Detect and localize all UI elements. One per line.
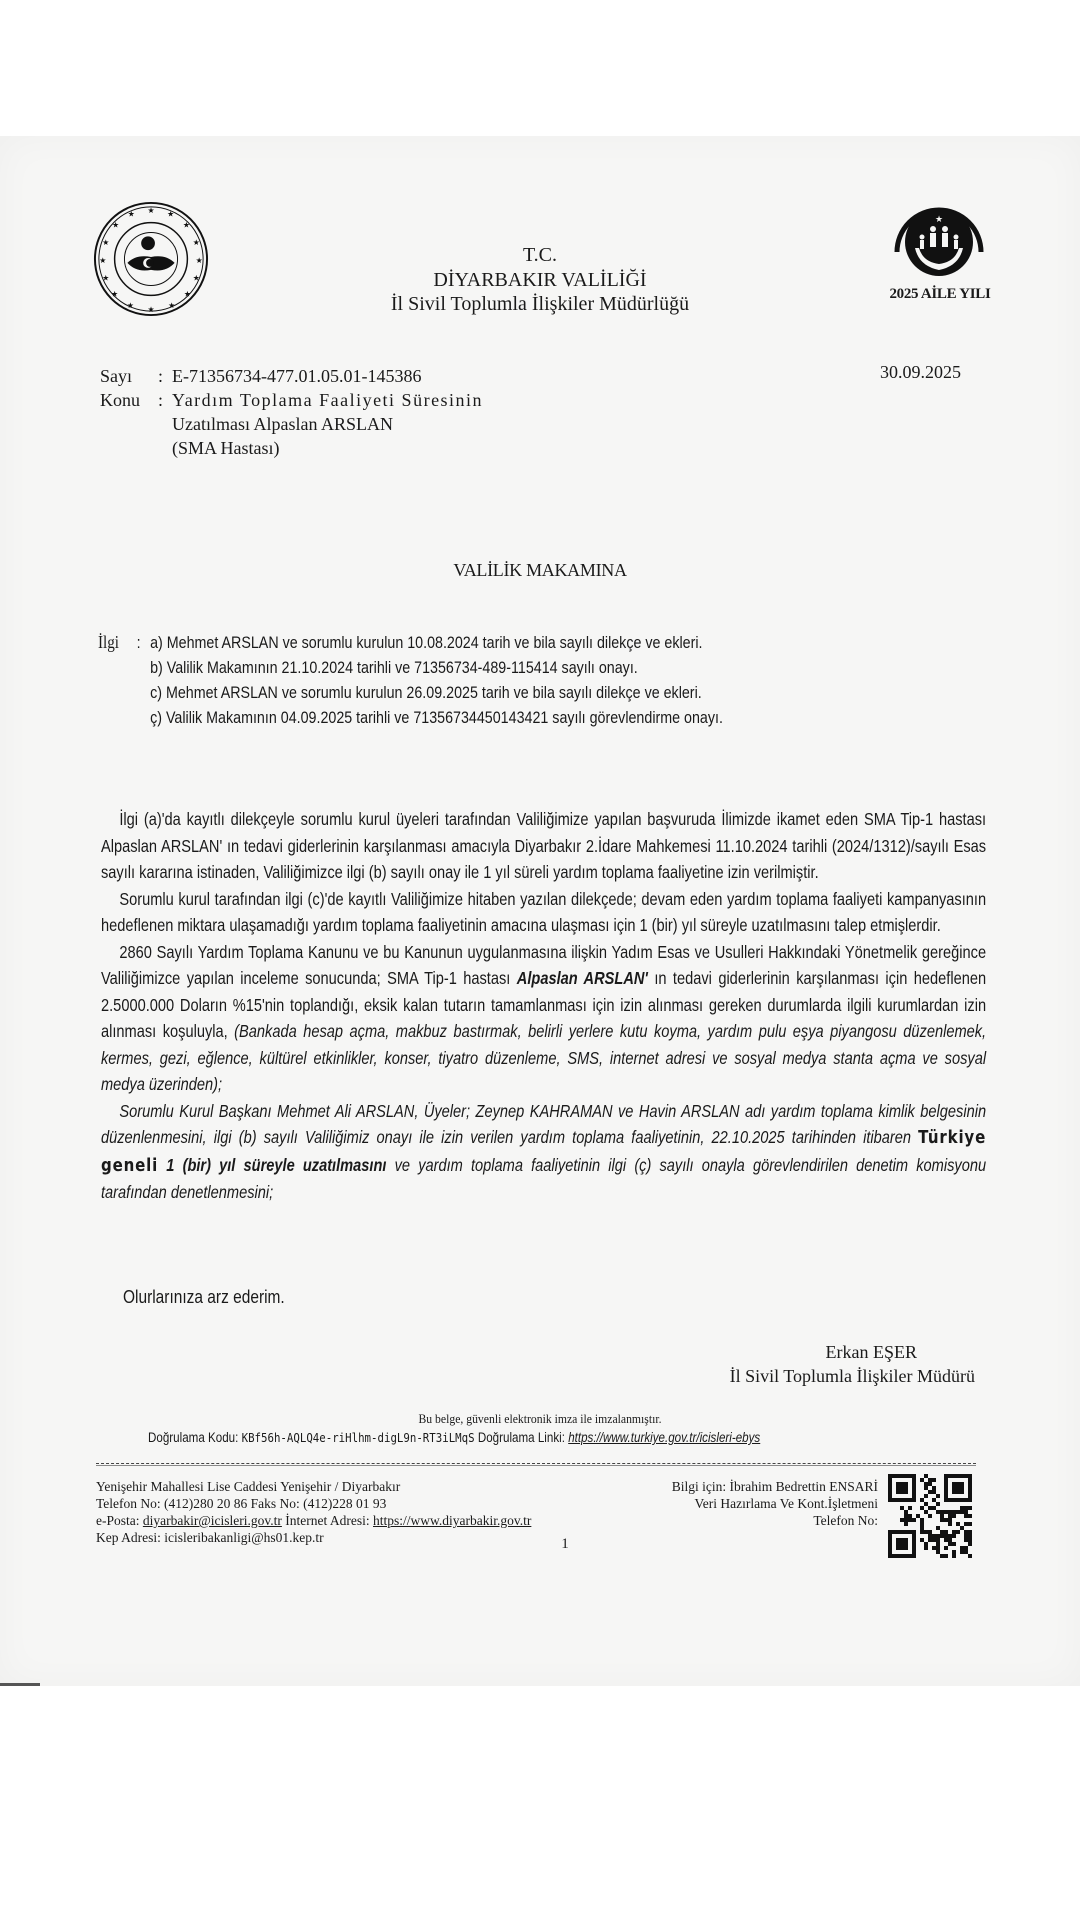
ilgi-item-a: a) Mehmet ARSLAN ve sorumlu kurulun 10.0… — [150, 630, 702, 655]
ilgi-section: İlgi : a) Mehmet ARSLAN ve sorumlu kurul… — [98, 630, 1005, 730]
footer-phone: Telefon No: (412)280 20 86 Faks No: (412… — [96, 1495, 531, 1512]
svg-text:★: ★ — [196, 256, 203, 265]
p4-text-a: Sorumlu Kurul Başkanı Mehmet Ali ARSLAN,… — [101, 1101, 986, 1148]
esign-note: Bu belge, güvenli elektronik imza ile im… — [54, 1411, 1026, 1427]
info-contact-role: Veri Hazırlama Ve Kont.İşletmeni — [620, 1495, 878, 1512]
konu-line-2: Uzatılması Alpaslan ARSLAN — [100, 412, 483, 436]
colon: : — [158, 388, 172, 412]
email-label: e-Posta: — [96, 1513, 140, 1528]
svg-text:★: ★ — [935, 215, 943, 225]
ilgi-item-c: c) Mehmet ARSLAN ve sorumlu kurulun 26.0… — [98, 680, 1005, 705]
ministry-seal-icon: ★ ★ ★ ★ ★ ★ ★ ★ ★ ★ ★ ★ ★ ★ ★ ★ — [92, 200, 210, 318]
header-tc: T.C. — [340, 244, 740, 267]
verification-code: KBf56h-AQLQ4e-riHlhm-digL9n-RT3iLMqS — [242, 1430, 475, 1445]
svg-text:★: ★ — [147, 305, 154, 314]
konu-label: Konu — [100, 388, 158, 412]
footer-info: Bilgi için: İbrahim Bedrettin ENSARİ Ver… — [620, 1478, 878, 1529]
p3-activities: (Bankada hesap açma, makbuz bastırmak, b… — [101, 1021, 986, 1094]
signer-name: Erkan EŞER — [680, 1340, 975, 1364]
p4-duration: 1 (bir) yıl süreyle uzatılmasını — [158, 1155, 386, 1175]
sayi-label: Sayı — [100, 364, 158, 388]
svg-text:★: ★ — [111, 289, 118, 298]
paragraph-3: 2860 Sayılı Yardım Toplama Kanunu ve bu … — [101, 939, 986, 1098]
svg-text:★: ★ — [128, 210, 135, 219]
paragraph-1: İlgi (a)'da kayıtlı dilekçeyle sorumlu k… — [101, 806, 986, 886]
header-valilik: DİYARBAKIR VALİLİĞİ — [340, 269, 740, 292]
letter-body: İlgi (a)'da kayıtlı dilekçeyle sorumlu k… — [101, 806, 986, 1206]
aile-yili-caption: 2025 AİLE YILI — [870, 286, 1010, 303]
svg-text:★: ★ — [127, 301, 134, 310]
svg-text:★: ★ — [168, 301, 175, 310]
footer-address: Yenişehir Mahallesi Lise Caddesi Yenişeh… — [96, 1478, 531, 1495]
header-mudurluk: İl Sivil Toplumla İlişkiler Müdürlüğü — [340, 293, 740, 316]
sayi-value: E-71356734-477.01.05.01-145386 — [172, 364, 421, 388]
footer-divider-2 — [96, 1465, 976, 1466]
info-contact-name: Bilgi için: İbrahim Bedrettin ENSARİ — [620, 1478, 878, 1495]
konu-line-1: Yardım Toplama Faaliyeti Süresinin — [172, 388, 483, 412]
p3-patient-name: Alpaslan ARSLAN' — [517, 968, 648, 988]
ilgi-item-cc: ç) Valilik Makamının 04.09.2025 tarihli … — [98, 705, 1005, 730]
closing-text: Olurlarınıza arz ederim. — [123, 1287, 285, 1308]
svg-text:★: ★ — [183, 221, 190, 230]
signer-title: İl Sivil Toplumla İlişkiler Müdürü — [680, 1364, 975, 1388]
web-label: İnternet Adresi: — [285, 1513, 369, 1528]
verification-line: Doğrulama Kodu: KBf56h-AQLQ4e-riHlhm-dig… — [148, 1430, 760, 1445]
paragraph-2: Sorumlu kurul tarafından ilgi (c)'de kay… — [101, 886, 986, 939]
svg-text:★: ★ — [167, 210, 174, 219]
verification-code-label: Doğrulama Kodu: — [148, 1430, 238, 1445]
ilgi-row: İlgi : a) Mehmet ARSLAN ve sorumlu kurul… — [98, 630, 1005, 655]
svg-text:★: ★ — [102, 274, 109, 283]
svg-text:★: ★ — [147, 206, 154, 215]
verification-link-label: Doğrulama Linki: — [478, 1430, 565, 1445]
footer-email-web: e-Posta: diyarbakir@icisleri.gov.tr İnte… — [96, 1512, 531, 1529]
konu-row: Konu : Yardım Toplama Faaliyeti Süresini… — [100, 388, 483, 412]
page-edge — [0, 1683, 40, 1686]
ilgi-label: İlgi — [98, 630, 137, 655]
info-contact-phone: Telefon No: — [620, 1512, 878, 1529]
page-number: 1 — [0, 1536, 1080, 1553]
footer-divider — [96, 1463, 976, 1464]
document-meta: Sayı : E-71356734-477.01.05.01-145386 Ko… — [100, 364, 483, 460]
aile-yili-emblem-icon: ★ — [888, 192, 990, 282]
addressee: VALİLİK MAKAMINA — [0, 560, 1080, 581]
svg-text:★: ★ — [102, 238, 109, 247]
colon: : — [137, 630, 150, 655]
paragraph-4: Sorumlu Kurul Başkanı Mehmet Ali ARSLAN,… — [101, 1098, 986, 1206]
ilgi-item-b: b) Valilik Makamının 21.10.2024 tarihli … — [98, 655, 1005, 680]
document-date: 30.09.2025 — [880, 362, 961, 383]
konu-line-3: (SMA Hastası) — [100, 436, 483, 460]
sayi-row: Sayı : E-71356734-477.01.05.01-145386 — [100, 364, 483, 388]
svg-text:★: ★ — [193, 238, 200, 247]
svg-text:★: ★ — [193, 274, 200, 283]
web-link[interactable]: https://www.diyarbakir.gov.tr — [373, 1513, 531, 1528]
verification-link[interactable]: https://www.turkiye.gov.tr/icisleri-ebys — [568, 1430, 760, 1445]
svg-text:★: ★ — [112, 221, 119, 230]
svg-text:★: ★ — [184, 289, 191, 298]
colon: : — [158, 364, 172, 388]
email-link[interactable]: diyarbakir@icisleri.gov.tr — [143, 1513, 282, 1528]
svg-text:★: ★ — [99, 256, 106, 265]
